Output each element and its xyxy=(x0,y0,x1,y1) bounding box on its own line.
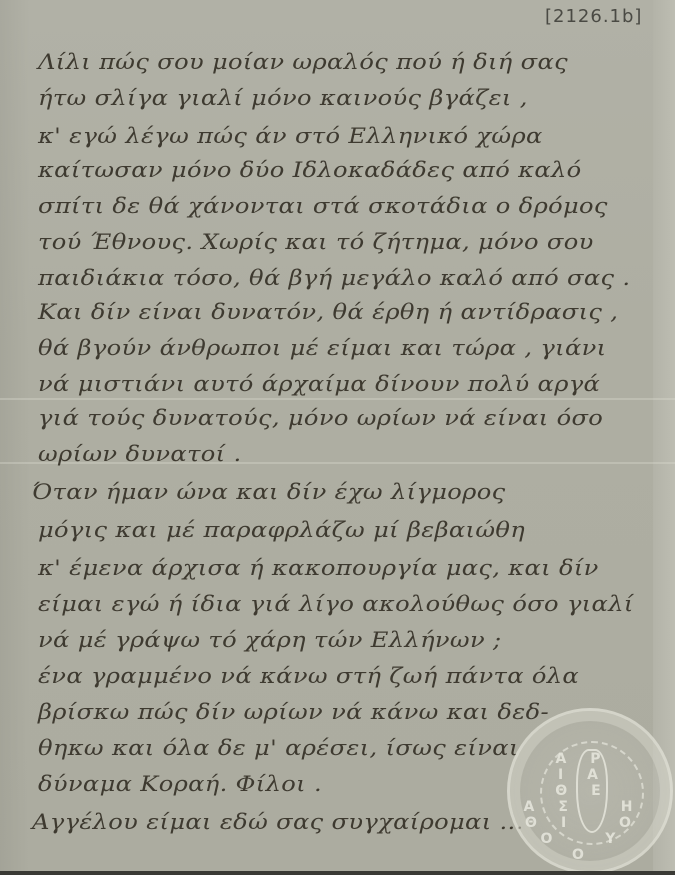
scan-bottom-edge xyxy=(0,871,675,875)
text-line: θά βγούν άνθρωποι μέ είμαι και τώρα , γι… xyxy=(38,336,606,360)
text-line: είμαι εγώ ή ίδια γιά λίγο ακολούθως όσο … xyxy=(38,592,634,616)
archive-reference: [2126.1b] xyxy=(545,6,642,27)
seal-letters: ΑΡ ΙΑ ΘΕ ΑΣ Η ΘΙ Ο Ο Υ Ο xyxy=(510,751,670,863)
text-line: νά μέ γράψω τό χάρη τών Ελλήνων ; xyxy=(38,628,501,652)
text-line: σπίτι δε θά χάνονται στά σκοτάδια ο δρόμ… xyxy=(38,194,608,218)
text-line: ήτω σλίγα γιαλί μόνο καινούς βγάζει , xyxy=(38,86,528,110)
text-line: θηκω και όλα δε μ' αρέσει, ίσως είναι xyxy=(38,736,519,760)
text-line: βρίσκω πώς δίν ωρίων νά κάνω και δεδ- xyxy=(38,700,549,724)
text-line: Όταν ήμαν ώνα και δίν έχω λίγμορος xyxy=(32,480,505,504)
text-line: Αγγέλου είμαι εδώ σας συγχαίρομαι ... xyxy=(32,810,524,834)
text-line: καίτωσαν μόνο δύο Ιδλοκαδάδες από καλό xyxy=(38,158,582,182)
text-line: νά μιστιάνι αυτό άρχαίμα δίνουν πολύ αργ… xyxy=(38,372,600,396)
text-line: γιά τούς δυνατούς, μόνο ωρίων νά είναι ό… xyxy=(38,406,603,430)
text-line: δύναμα Κοραή. Φίλοι . xyxy=(38,772,322,796)
text-line: κ' εγώ λέγω πώς άν στό Ελληνικό χώρα xyxy=(38,124,543,148)
text-line: ένα γραμμένο νά κάνω στή ζωή πάντα όλα xyxy=(38,664,579,688)
text-line: κ' έμενα άρχισα ή κακοπουργία μας, και δ… xyxy=(38,556,599,580)
text-line: τού Έθνους. Χωρίς και τό ζήτημα, μόνο σο… xyxy=(38,230,594,254)
text-line: ωρίων δυνατοί . xyxy=(38,442,242,466)
manuscript-page: [2126.1b] Λίλι πώς σου μοίαν ωραλός πού … xyxy=(0,0,675,875)
text-line: παιδιάκια τόσο, θά βγή μεγάλο καλό από σ… xyxy=(38,266,630,290)
text-line: Λίλι πώς σου μοίαν ωραλός πού ή διή σας xyxy=(38,50,568,74)
fold-crease xyxy=(0,398,675,400)
text-line: μόγις και μέ παραφρλάζω μί βεβαιώθη xyxy=(38,518,525,542)
text-line: Και δίν είναι δυνατόν, θά έρθη ή αντίδρα… xyxy=(38,300,618,324)
archive-seal: ΑΡ ΙΑ ΘΕ ΑΣ Η ΘΙ Ο Ο Υ Ο xyxy=(507,708,673,874)
